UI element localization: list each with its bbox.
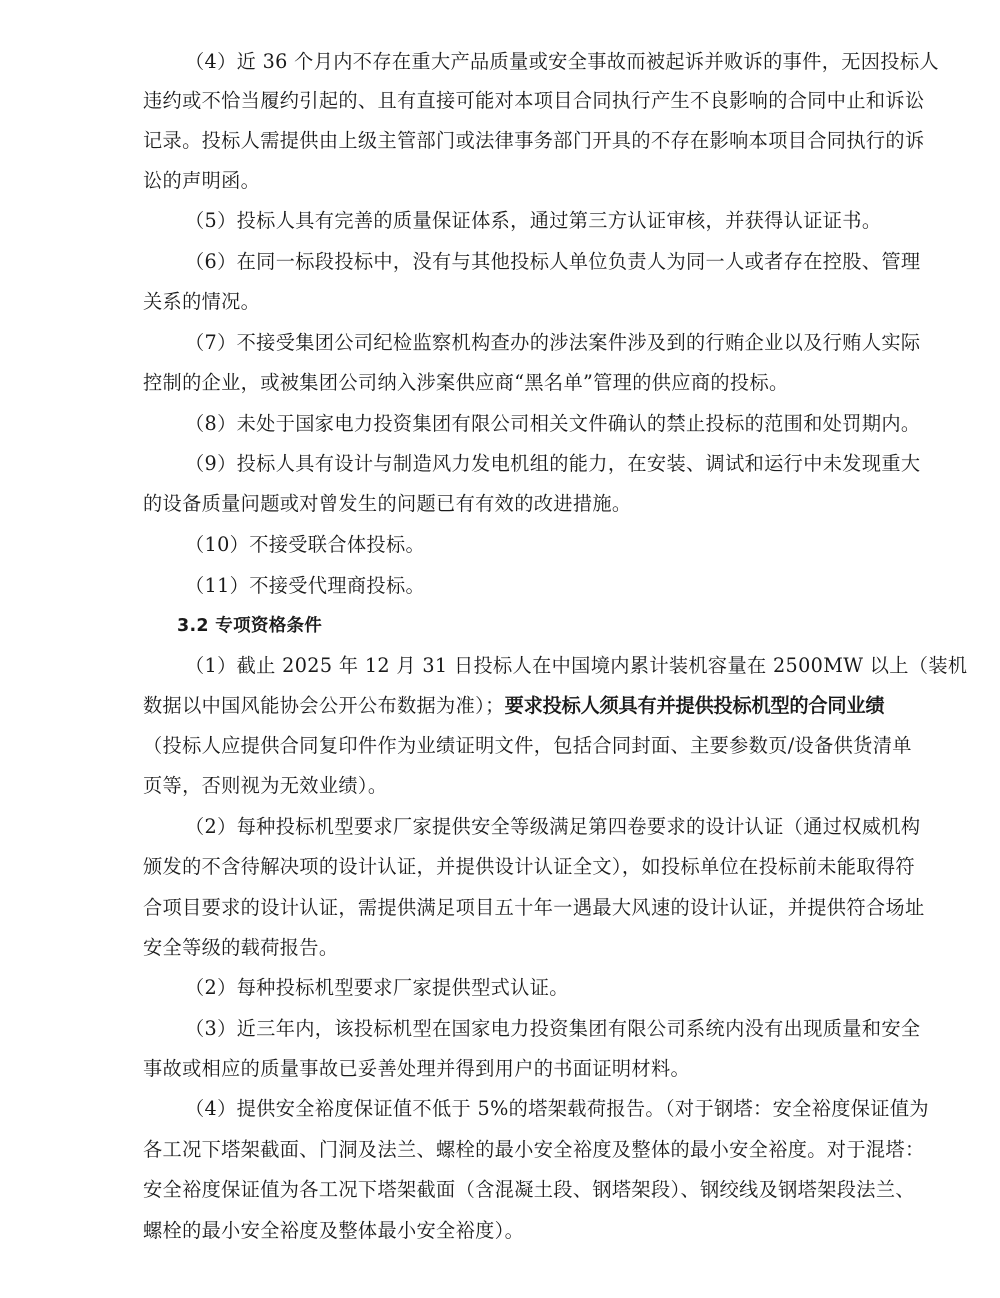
s32-item-1-line-1: （1）截止 2025 年 12 月 31 日投标人在中国境内累计装机容量在 25… [185, 651, 855, 681]
s32-item-2a-line-2: 颁发的不含待解决项的设计认证，并提供设计认证全文），如投标单位在投标前未能取得符 [143, 852, 855, 882]
s32-item-2a-line-4: 安全等级的载荷报告。 [143, 933, 855, 963]
item-8-line-1: （8）未处于国家电力投资集团有限公司相关文件确认的禁止投标的范围和处罚期内。 [185, 409, 855, 439]
item-4-line-3: 记录。投标人需提供由上级主管部门或法律事务部门开具的不存在影响本项目合同执行的诉 [143, 126, 855, 156]
s32-item-1-bold-requirement: 要求投标人须具有并提供投标机型的合同业绩 [505, 694, 885, 717]
s32-item-4-line-4: 螺栓的最小安全裕度及整体最小安全裕度）。 [143, 1216, 855, 1246]
s32-item-1-normal-text: 数据以中国风能协会公开公布数据为准）； [143, 694, 505, 717]
item-6-line-1: （6）在同一标段投标中，没有与其他投标人单位负责人为同一人或者存在控股、管理 [185, 247, 855, 277]
item-4-line-1: （4）近 36 个月内不存在重大产品质量或安全事故而被起诉并败诉的事件，无因投标… [185, 47, 855, 77]
item-6-line-2: 关系的情况。 [143, 287, 855, 317]
s32-item-2a-line-1: （2）每种投标机型要求厂家提供安全等级满足第四卷要求的设计认证（通过权威机构 [185, 812, 855, 842]
item-4-line-4: 讼的声明函。 [143, 166, 855, 196]
document-page: （4）近 36 个月内不存在重大产品质量或安全事故而被起诉并败诉的事件，无因投标… [0, 0, 1000, 1298]
s32-item-1-line-2: 数据以中国风能协会公开公布数据为准）；要求投标人须具有并提供投标机型的合同业绩 [143, 691, 855, 721]
s32-item-3-line-2: 事故或相应的质量事故已妥善处理并得到用户的书面证明材料。 [143, 1054, 855, 1084]
s32-item-1-line-4: 页等，否则视为无效业绩）。 [143, 771, 855, 801]
item-7-line-1: （7）不接受集团公司纪检监察机构查办的涉法案件涉及到的行贿企业以及行贿人实际 [185, 328, 855, 358]
section-heading-3-2: 3.2 专项资格条件 [177, 611, 322, 641]
item-11-line-1: （11）不接受代理商投标。 [185, 571, 855, 601]
s32-item-3-line-1: （3）近三年内，该投标机型在国家电力投资集团有限公司系统内没有出现质量和安全 [185, 1014, 855, 1044]
item-5-line-1: （5）投标人具有完善的质量保证体系，通过第三方认证审核，并获得认证证书。 [185, 206, 855, 236]
s32-item-1-line-3: （投标人应提供合同复印件作为业绩证明文件，包括合同封面、主要参数页/设备供货清单 [143, 731, 855, 761]
item-9-line-2: 的设备质量问题或对曾发生的问题已有有效的改进措施。 [143, 489, 855, 519]
s32-item-4-line-1: （4）提供安全裕度保证值不低于 5%的塔架载荷报告。（对于钢塔：安全裕度保证值为 [185, 1094, 855, 1124]
s32-item-2a-line-3: 合项目要求的设计认证，需提供满足项目五十年一遇最大风速的设计认证，并提供符合场址 [143, 893, 855, 923]
s32-item-2b-line-1: （2）每种投标机型要求厂家提供型式认证。 [185, 973, 855, 1003]
item-4-line-2: 违约或不恰当履约引起的、且有直接可能对本项目合同执行产生不良影响的合同中止和诉讼 [143, 86, 855, 116]
item-9-line-1: （9）投标人具有设计与制造风力发电机组的能力，在安装、调试和运行中未发现重大 [185, 449, 855, 479]
s32-item-4-line-3: 安全裕度保证值为各工况下塔架截面（含混凝土段、钢塔架段）、钢绞线及钢塔架段法兰、 [143, 1175, 855, 1205]
s32-item-4-line-2: 各工况下塔架截面、门洞及法兰、螺栓的最小安全裕度及整体的最小安全裕度。对于混塔： [143, 1135, 855, 1165]
item-10-line-1: （10）不接受联合体投标。 [185, 530, 855, 560]
item-7-line-2: 控制的企业，或被集团公司纳入涉案供应商“黑名单”管理的供应商的投标。 [143, 368, 855, 398]
